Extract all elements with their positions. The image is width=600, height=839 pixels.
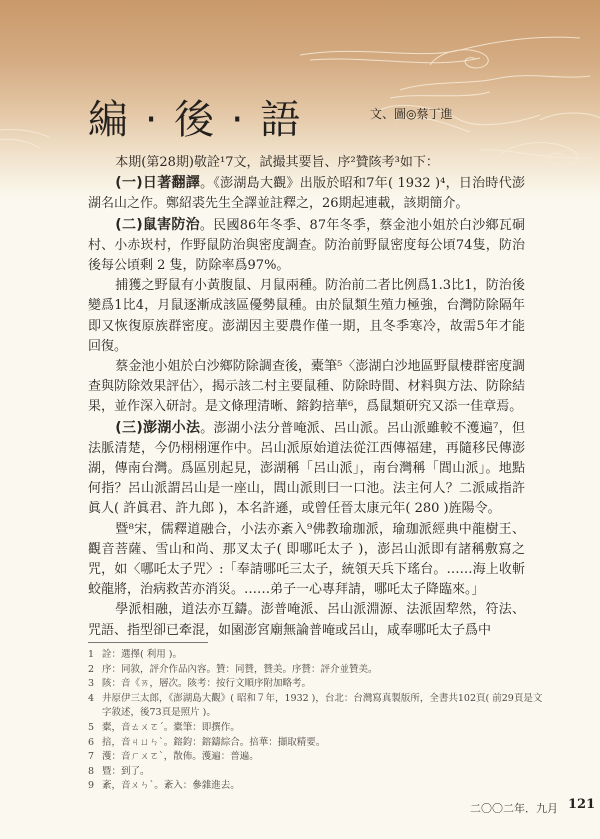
song-dynasty-paragraph: 暨⁸宋，儒釋道融合，小法亦紊入⁹佛教瑜珈派，瑜珈派經典中龍樹王、觀音菩薩、雪山和… [88,520,525,601]
section-3-paragraph: (三)澎湖小法。澎湖小法分普唵派、呂山派。呂山派雖較不濩遍⁷，但法脈清楚，今仍栩… [88,418,525,520]
page-number: 121 [568,797,595,812]
footnote-divider [88,642,208,643]
footnote-2: 2序：同敘，評介作品內容。贊：同贊，贊美。序贊：評介並贊美。 [88,663,558,678]
footnote-4: 4井原伊三太郎，《澎湖島大觀》( 昭和７年，1932 )，台北：台灣寫真製版所，… [88,692,558,707]
footnote-3: 3陔：音《ㄞ，層次。陔考：按行文順序附加略考。 [88,677,558,692]
author-byline: 文、圖◎蔡丁進 [370,105,452,122]
section-1-heading: (一)日著翻譯 [115,175,200,191]
footnote-5: 5橐，音ㄊㄨㄛˊ。橐筆：即撰作。 [88,721,558,736]
intro-paragraph: 本期(第28期)敬詮¹7文，試撮其要旨、序²贊陔考³如下： [88,153,525,173]
page-title: 編 · 後 · 語 [88,88,302,145]
issue-date: 二〇〇二年．九月 [470,800,558,816]
footnote-8: 8暨：到了。 [88,765,558,780]
rat-species-paragraph: 捕獲之野鼠有小黃腹鼠、月鼠兩種。防治前二者比例爲1.3比1，防治後變爲1比4，月… [88,276,525,357]
fusion-paragraph: 學派相融，道法亦互鑄。澎普唵派、呂山派淵源、法派固犂然，符法、咒語、指型卻已牽混… [88,600,525,640]
section-3-heading: (三)澎湖小法 [115,420,200,436]
article-body: 本期(第28期)敬詮¹7文，試撮其要旨、序²贊陔考³如下： (一)日著翻譯。《澎… [88,153,525,641]
footnotes: 1詮：選擇( 利用 )。 2序：同敘，評介作品內容。贊：同贊，贊美。序贊：評介並… [88,648,558,794]
footnote-9: 9紊，音ㄨㄣˋ。紊入：參雜進去。 [88,779,558,794]
footnote-1: 1詮：選擇( 利用 )。 [88,648,558,663]
section-2-paragraph: (二)鼠害防治。民國86年冬季、87年冬季，蔡金池小姐於白沙鄉瓦硐村、小赤崁村，… [88,215,525,277]
footnote-4-continuation: 字敘述，後73頁是照片 )。 [88,706,558,721]
footnote-6: 6掊，音ㄐㄩㄣˋ。鎔鈞：鎔鑄綜合。掊華：擷取精要。 [88,736,558,751]
footnote-7: 7濩：音ㄏㄨㄛˋ，散佈。濩遍：普遍。 [88,750,558,765]
section-1-paragraph: (一)日著翻譯。《澎湖島大觀》出版於昭和7年( 1932 )⁴，日治時代澎湖名山… [88,173,525,214]
research-paragraph: 蔡金池小姐於白沙鄉防除調查後，橐筆⁵〈澎湖白沙地區野鼠棲群密度調查與防除效果評估… [88,357,525,418]
section-2-heading: (二)鼠害防治 [115,217,200,233]
